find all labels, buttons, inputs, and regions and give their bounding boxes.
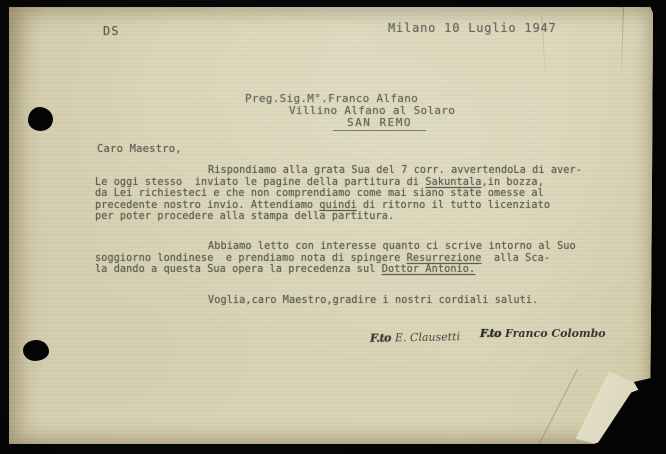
text-line: Abbiamo letto con interesse quanto ci sc…	[95, 241, 600, 253]
recipient-city: SAN REMO	[333, 117, 455, 129]
signature-colombo: F.toFranco Colombo	[480, 327, 606, 340]
crease-line-top-right	[621, 7, 624, 73]
signature-name: Franco Colombo	[505, 327, 606, 340]
text-segment: ,in bozza,	[481, 177, 543, 188]
text-segment: di ritorno il tutto licenziato	[357, 200, 550, 211]
text-segment: alla Sca-	[481, 253, 550, 264]
recipient-city-text: SAN REMO	[333, 116, 426, 131]
text-segment: precedente nostro invio. Attendiamo	[95, 200, 319, 211]
underlined-text: quindi	[319, 200, 356, 211]
paper-texture	[9, 7, 653, 444]
signature-name: E. Clausetti	[395, 330, 460, 344]
text-segment: Abbiamo letto con interesse quanto ci sc…	[208, 241, 576, 252]
text-segment: soggiorno londinese e prendiamo nota di …	[95, 253, 407, 264]
signature-prefix: F.to	[370, 331, 391, 344]
underlined-text: Sakuntala	[425, 177, 481, 188]
signature-block: F.toE. Clausetti F.toFranco Colombo	[370, 327, 620, 353]
underlined-text: Dottor Antonio.	[382, 264, 476, 275]
closing-line: Voglia,caro Maestro,gradire i nostri cor…	[95, 295, 600, 306]
text-segment: Rispondiamo alla grata Sua del 7 corr. a…	[208, 165, 582, 176]
underlined-text: Resurrezione	[407, 253, 482, 264]
letter-paper: DS Milano 10 Luglio 1947 Preg.Sig.M°.Fra…	[9, 7, 653, 444]
dateline: Milano 10 Luglio 1947	[388, 21, 557, 35]
text-line: Rispondiamo alla grata Sua del 7 corr. a…	[95, 165, 600, 177]
text-line: la dando a questa Sua opera la precedenz…	[95, 264, 600, 276]
text-line: da Lei richiesteci e che non comprendiam…	[95, 188, 600, 200]
text-segment: da Lei richiesteci e che non comprendiam…	[95, 188, 544, 199]
reference-initials: DS	[103, 24, 119, 38]
text-segment: la dando a questa Sua opera la precedenz…	[95, 264, 382, 275]
text-segment: per poter procedere alla stampa della pa…	[95, 211, 394, 222]
salutation: Caro Maestro,	[97, 143, 182, 155]
punch-hole-bottom	[23, 340, 49, 361]
torn-corner-crease	[539, 369, 578, 444]
recipient-address: Preg.Sig.M°.Franco Alfano Villino Alfano…	[245, 93, 455, 129]
text-line: precedente nostro invio. Attendiamo quin…	[95, 200, 600, 212]
paragraph-1: Rispondiamo alla grata Sua del 7 corr. a…	[95, 165, 600, 223]
paragraph-2: Abbiamo letto con interesse quanto ci sc…	[95, 241, 600, 276]
text-segment: Le oggi stesso inviato le pagine della p…	[95, 177, 425, 188]
signature-prefix: F.to	[480, 327, 501, 340]
text-line: soggiorno londinese e prendiamo nota di …	[95, 253, 600, 265]
signature-clausetti: F.toE. Clausetti	[370, 330, 460, 345]
punch-hole-top	[28, 107, 53, 131]
text-line: per poter procedere alla stampa della pa…	[95, 211, 600, 223]
text-line: Le oggi stesso inviato le pagine della p…	[95, 177, 600, 189]
